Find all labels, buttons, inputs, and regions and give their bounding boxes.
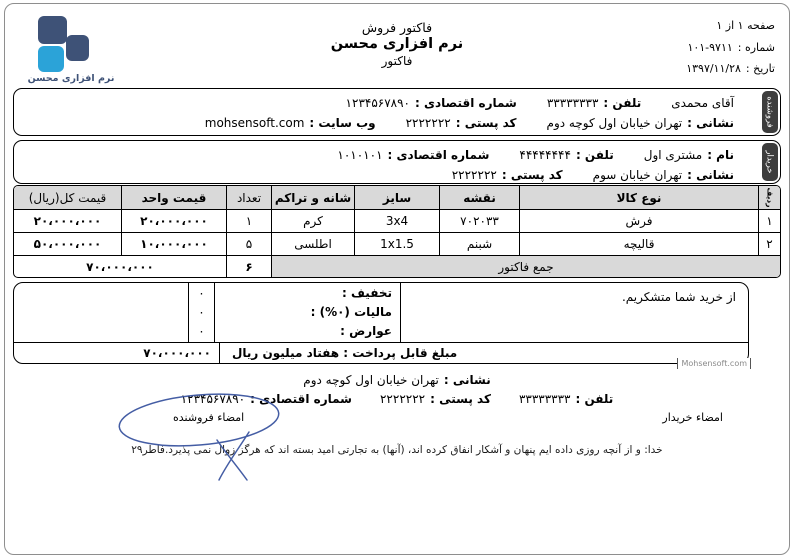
tax-value: ۰ (189, 303, 214, 322)
discount-value: ۰ (189, 284, 214, 303)
buyer-box: خریدار نام : مشتری اول تلفن : ۴۴۴۴۴۴۴۴ ش… (13, 140, 781, 184)
buyer-name: نام : مشتری اول (644, 146, 734, 166)
summary-box: از خرید شما متشکریم. تخفیف : مالیات (۰%)… (13, 282, 749, 364)
seller-phone-label: تلفن : (603, 94, 641, 114)
buyer-economic-label: شماره اقتصادی : (388, 146, 490, 166)
seller-phone: تلفن : ۳۳۳۳۳۳۳۳ (547, 94, 641, 114)
seller-tab: فروشنده (762, 91, 778, 133)
footer-postal: کد پستی : ۲۲۲۲۲۲۲ (380, 392, 491, 406)
buyer-tab: خریدار (762, 143, 778, 181)
company-name: نرم افزاری محسن (331, 36, 464, 53)
seller-postal-value: ۲۲۲۲۲۲۲ (406, 114, 451, 134)
page-number: صفحه ۱ از ۱ (686, 15, 775, 37)
buyer-economic: شماره اقتصادی : ۱۰۱۰۱۰۱ (337, 146, 489, 166)
seller-address: نشانی : تهران خیابان اول کوچه دوم (547, 114, 734, 134)
seller-tab-label: فروشنده (765, 96, 775, 127)
col-header-size: سایز (354, 186, 439, 210)
buyer-signature-label: امضاء خریدار (662, 411, 723, 424)
buyer-name-label: نام : (707, 146, 734, 166)
seller-row-1: آقای محمدی تلفن : ۳۳۳۳۳۳۳۳ شماره اقتصادی… (26, 94, 734, 114)
buyer-postal-label: کد پستی : (502, 166, 563, 186)
row1-qty: ۱ (226, 210, 271, 233)
col-header-pattern: نقشه (439, 186, 519, 210)
buyer-row-2: نشانی : تهران خیابان سوم کد پستی : ۲۲۲۲۲… (26, 166, 734, 186)
logo-square-cyan-icon (38, 46, 64, 72)
col-header-total-price: قیمت کل(ریال) (14, 186, 121, 210)
seller-box: فروشنده آقای محمدی تلفن : ۳۳۳۳۳۳۳۳ شماره… (13, 88, 781, 136)
seller-address-label: نشانی : (687, 114, 734, 134)
row2-number: ۲ (758, 233, 780, 256)
thanks-message: از خرید شما متشکریم. (400, 283, 748, 342)
row2-total-price: ۵۰،۰۰۰،۰۰۰ (14, 233, 121, 256)
row2-unit-price: ۱۰،۰۰۰،۰۰۰ (121, 233, 226, 256)
row1-item-type: فرش (519, 210, 758, 233)
adjustment-labels: تخفیف : مالیات (۰%) : عوارض : (214, 283, 400, 342)
seller-name: آقای محمدی (671, 94, 734, 114)
col-header-density: شانه و تراکم (271, 186, 354, 210)
row2-size: 1x1.5 (354, 233, 439, 256)
row2-item-type: قالیچه (519, 233, 758, 256)
seller-economic-value: ۱۲۳۴۵۶۷۸۹۰ (346, 94, 410, 114)
invoice-number: شماره : ۱۰۱-۹۷۱۱ (686, 37, 775, 59)
seller-website-label: وب سایت : (309, 114, 375, 134)
payable-amount: ۷۰،۰۰۰،۰۰۰ (14, 343, 220, 363)
invoice-number-value: ۱۰۱-۹۷۱۱ (687, 37, 732, 59)
seller-website-value: mohsensoft.com (205, 114, 305, 134)
seller-row-2: نشانی : تهران خیابان اول کوچه دوم کد پست… (26, 114, 734, 134)
invoice-screenshot: { "header": { "doc_type": "فاکتور فروش",… (0, 0, 794, 559)
footer-postal-label: کد پستی : (430, 392, 491, 406)
buyer-postal: کد پستی : ۲۲۲۲۲۲۲ (452, 166, 563, 186)
buyer-postal-value: ۲۲۲۲۲۲۲ (452, 166, 497, 186)
buyer-economic-value: ۱۰۱۰۱۰۱ (337, 146, 382, 166)
row1-density: کرم (271, 210, 354, 233)
row1-total-price: ۲۰،۰۰۰،۰۰۰ (14, 210, 121, 233)
company-logo: نرم افزاری محسن (25, 10, 117, 84)
row2-density: اطلسی (271, 233, 354, 256)
seller-economic: شماره اقتصادی : ۱۲۳۴۵۶۷۸۹۰ (346, 94, 517, 114)
buyer-address-value: تهران خیابان سوم (593, 166, 682, 186)
seller-phone-value: ۳۳۳۳۳۳۳۳ (547, 94, 599, 114)
logo-square-right-icon (66, 35, 89, 61)
col-header-item-type: نوع کالا (519, 186, 758, 210)
row1-size: 3x4 (354, 210, 439, 233)
buyer-row-1: نام : مشتری اول تلفن : ۴۴۴۴۴۴۴۴ شماره اق… (26, 146, 734, 166)
footer-address-value: تهران خیابان اول کوچه دوم (303, 373, 439, 387)
row1-pattern: ۷۰۲۰۳۳ (439, 210, 519, 233)
payable-row: ۷۰،۰۰۰،۰۰۰ مبلغ قابل پرداخت : هفتاد میلی… (14, 342, 748, 363)
signature-scribble (107, 390, 297, 486)
discount-label: تخفیف : (219, 284, 392, 303)
col-header-row-number: ردیف (758, 186, 780, 210)
seller-website: وب سایت : mohsensoft.com (205, 114, 376, 134)
footer-phone-value: ۳۳۳۳۳۳۳۳ (519, 392, 571, 406)
doc-type-label: فاکتور فروش (331, 19, 464, 36)
logo-square-top-icon (38, 16, 67, 44)
adjustment-values: ۰ ۰ ۰ (188, 283, 214, 342)
invoice-sum-total: ۷۰،۰۰۰،۰۰۰ (14, 256, 226, 277)
row1-number: ۱ (758, 210, 780, 233)
seller-postal: کد پستی : ۲۲۲۲۲۲۲ (406, 114, 517, 134)
buyer-address-label: نشانی : (687, 166, 734, 186)
invoice-sum-qty: ۶ (226, 256, 271, 277)
footer-postal-value: ۲۲۲۲۲۲۲ (380, 392, 425, 406)
invoice-number-label: شماره : (738, 37, 775, 59)
invoice-date: تاریخ : ۱۳۹۷/۱۱/۲۸ (686, 58, 775, 80)
invoice-date-label: تاریخ : (746, 58, 775, 80)
row1-unit-price: ۲۰،۰۰۰،۰۰۰ (121, 210, 226, 233)
payable-label: مبلغ قابل پرداخت : هفتاد میلیون ریال (220, 346, 469, 360)
seller-economic-label: شماره اقتصادی : (415, 94, 517, 114)
invoice-date-value: ۱۳۹۷/۱۱/۲۸ (686, 58, 741, 80)
footer-phone-label: تلفن : (576, 392, 614, 406)
footer-phone: تلفن : ۳۳۳۳۳۳۳۳ (519, 392, 613, 406)
items-table: ردیف نوع کالا نقشه سایز شانه و تراکم تعد… (13, 185, 781, 278)
row2-pattern: شبنم (439, 233, 519, 256)
buyer-phone-value: ۴۴۴۴۴۴۴۴ (519, 146, 571, 166)
document-title-block: فاکتور فروش نرم افزاری محسن فاکتور (331, 19, 464, 70)
invoice-meta: صفحه ۱ از ۱ شماره : ۱۰۱-۹۷۱۱ تاریخ : ۱۳۹… (686, 15, 775, 80)
duties-label: عوارض : (219, 322, 392, 341)
footer-address-label: نشانی : (444, 373, 491, 387)
col-header-unit-price: قیمت واحد (121, 186, 226, 210)
row2-qty: ۵ (226, 233, 271, 256)
invoice-sum-label: جمع فاکتور (271, 256, 780, 277)
tax-label: مالیات (۰%) : (219, 303, 392, 322)
footer-address: نشانی : تهران خیابان اول کوچه دوم (5, 373, 789, 387)
seller-postal-label: کد پستی : (456, 114, 517, 134)
buyer-phone: تلفن : ۴۴۴۴۴۴۴۴ (519, 146, 613, 166)
buyer-tab-label: خریدار (765, 150, 775, 173)
logo-text: نرم افزاری محسن (25, 73, 117, 84)
seller-address-value: تهران خیابان اول کوچه دوم (547, 114, 683, 134)
buyer-phone-label: تلفن : (576, 146, 614, 166)
buyer-name-value: مشتری اول (644, 146, 702, 166)
duties-value: ۰ (189, 322, 214, 341)
invoice-page: نرم افزاری محسن فاکتور فروش نرم افزاری م… (4, 3, 790, 555)
watermark-text: Mohsensoft.com (677, 358, 751, 369)
doc-name-label: فاکتور (331, 53, 464, 70)
col-header-qty: تعداد (226, 186, 271, 210)
buyer-address: نشانی : تهران خیابان سوم (593, 166, 734, 186)
